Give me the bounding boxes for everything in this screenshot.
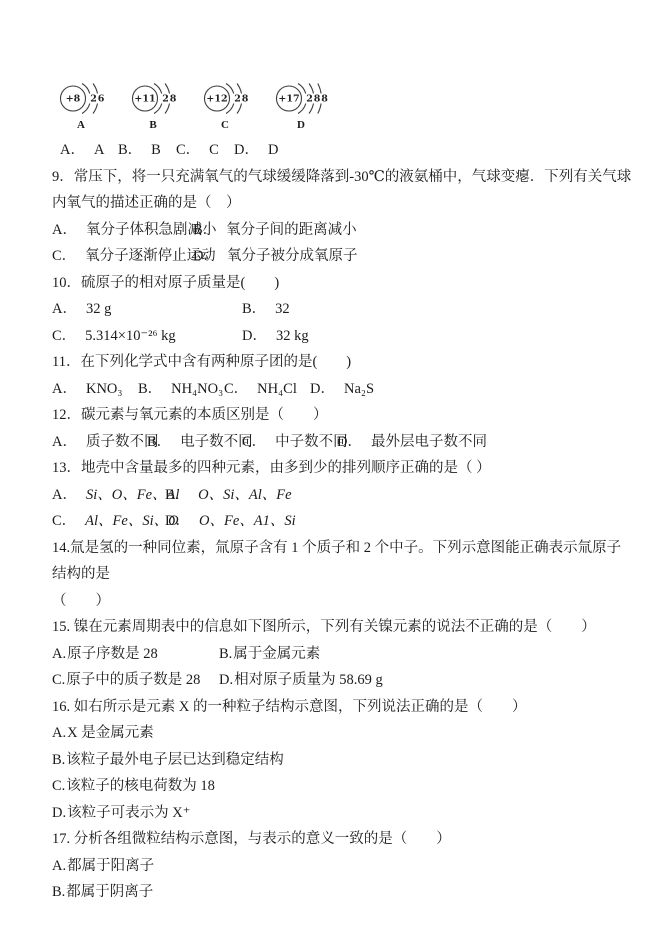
question-15-option-D: D.相对原子质量为 58.69 g	[219, 667, 383, 694]
option-letter: C．	[52, 513, 76, 529]
option-text: 氧分子间的距离减小	[226, 222, 357, 238]
option-letter: C．	[52, 248, 76, 264]
option-text: 最外层电子数不同	[371, 434, 487, 450]
question-11-option-C: C．NH₄Cl	[224, 376, 310, 403]
option-text: O、Fe、A1、Si	[199, 513, 296, 529]
question-15-stem: 15. 镍在元素周期表中的信息如下图所示，下列有关镍元素的说法不正确的是（ ）	[52, 614, 635, 641]
option-text: NH₄NO₃	[171, 381, 223, 397]
question-8-answers: A．AB．BC．CD．D	[60, 137, 635, 164]
question-9-option-row: C．氧分子逐渐停止运动D．氧分子被分成氧原子	[52, 243, 635, 270]
nucleus-charge: +12	[206, 94, 227, 105]
option-letter: A.	[52, 858, 66, 874]
option-letter: C．	[224, 381, 248, 397]
electron-shell-arc	[237, 84, 242, 94]
option-text: 5.314×10⁻²⁶ kg	[85, 328, 175, 344]
question-16-option-C: C.该粒子的核电荷数为 18	[52, 773, 215, 800]
question-11-stem: 11．在下列化学式中含有两种原子团的是( )	[52, 349, 635, 376]
option-letter: A．	[52, 381, 77, 397]
question-12-option-B: B．电子数不同	[147, 429, 242, 456]
question-12-option-row: A．质子数不同B．电子数不同C．中子数不同D．最外层电子数不同	[52, 429, 635, 456]
question-8-answers-option-B: B．B	[118, 137, 176, 164]
option-letter: D．	[234, 142, 259, 158]
option-letter: A．	[52, 487, 77, 503]
option-text: 都属于阳离子	[67, 858, 154, 874]
option-letter: A．	[52, 434, 77, 450]
atom-diagram-row: +826A+1128B+1228C+17288D	[56, 80, 635, 131]
question-9: 9．常压下，将一只充满氧气的气球缓缓降落到-30℃的液氨桶中，气球变瘪．下列有关…	[52, 164, 635, 270]
option-letter: B.	[52, 752, 65, 768]
question-11-option-D: D．Na₂S	[310, 376, 374, 403]
atom-diagram-D: +17288D	[272, 80, 330, 131]
option-letter: B．	[242, 301, 266, 317]
question-9-stem: 9．常压下，将一只充满氧气的气球缓缓降落到-30℃的液氨桶中，气球变瘪．下列有关…	[52, 164, 635, 217]
question-list: A．AB．BC．CD．D9．常压下，将一只充满氧气的气球缓缓降落到-30℃的液氨…	[52, 137, 635, 906]
question-9-option-row: A．氧分子体积急剧减小B．氧分子间的距离减小	[52, 217, 635, 244]
question-11-option-B: B．NH₄NO₃	[138, 376, 224, 403]
option-letter: B．	[147, 434, 171, 450]
option-letter: D．	[242, 328, 267, 344]
option-letter: D．	[193, 248, 218, 264]
question-15-option-B: B.属于金属元素	[219, 641, 320, 668]
question-13-stem: 13．地壳中含量最多的四种元素，由多到少的排列顺序正确的是（ ）	[52, 455, 635, 482]
atom-diagram-label: C	[221, 119, 229, 131]
question-11-option-A: A．KNO₃	[52, 376, 138, 403]
option-letter: D．	[337, 434, 362, 450]
option-letter: D.	[219, 672, 233, 688]
option-text: NH₄Cl	[257, 381, 297, 397]
question-17-option-A: A.都属于阳离子	[52, 853, 154, 880]
shell-electron-count: 6	[98, 94, 105, 105]
option-letter: A．	[52, 222, 77, 238]
question-17-option-row: B.都属于阴离子	[52, 879, 635, 906]
question-10-option-row: A．32 gB．32	[52, 296, 635, 323]
option-letter: A.	[52, 646, 66, 662]
option-text: D	[268, 142, 278, 158]
option-text: 32	[275, 301, 290, 317]
question-16-option-row: D.该粒子可表示为 X⁺	[52, 800, 635, 827]
atom-diagram-B: +1128B	[128, 80, 178, 131]
option-text: 都属于阴离子	[66, 884, 153, 900]
option-letter: B．	[118, 142, 142, 158]
electron-shell-arc	[318, 84, 321, 94]
question-8-answers-option-row: A．AB．BC．CD．D	[60, 137, 635, 164]
question-17: 17. 分析各组微粒结构示意图，与表示的意义一致的是（ ）A.都属于阳离子B.都…	[52, 826, 635, 906]
option-text: 该粒子最外电子层已达到稳定结构	[66, 752, 284, 768]
atom-structure-svg: +826	[56, 80, 106, 118]
option-letter: D．	[165, 513, 190, 529]
option-text: 相对原子质量为 58.69 g	[234, 672, 383, 688]
question-16-option-D: D.该粒子可表示为 X⁺	[52, 800, 190, 827]
question-13-option-row: A．Si、O、Fe、AlB．O、Si、Al、Fe	[52, 482, 635, 509]
option-letter: A.	[52, 725, 66, 741]
question-13-option-C: C．Al、Fe、Si、O	[52, 508, 165, 535]
atom-diagram-label: D	[297, 119, 305, 131]
question-8-answers-option-D: D．D	[234, 137, 278, 164]
atom-diagram-label: B	[149, 119, 156, 131]
question-10-option-B: B．32	[242, 296, 290, 323]
question-12-stem: 12．碳元素与氧元素的本质区别是（ ）	[52, 402, 635, 429]
question-16: 16. 如右所示是元素 X 的一种粒子结构示意图，下列说法正确的是（ ）A.X …	[52, 694, 635, 827]
nucleus-charge: +8	[66, 94, 81, 105]
option-text: Na₂S	[344, 381, 374, 397]
question-9-option-D: D．氧分子被分成氧原子	[193, 243, 357, 270]
electron-shell-arc	[93, 104, 98, 114]
question-15-option-row: C.原子中的质子数是 28D.相对原子质量为 58.69 g	[52, 667, 635, 694]
question-10-option-C: C．5.314×10⁻²⁶ kg	[52, 323, 242, 350]
option-text: X 是金属元素	[67, 725, 154, 741]
option-letter: B．	[138, 381, 162, 397]
question-16-option-B: B.该粒子最外电子层已达到稳定结构	[52, 747, 284, 774]
option-letter: C．	[176, 142, 200, 158]
question-10-option-A: A．32 g	[52, 296, 242, 323]
question-14-stem: 14.氚是氢的一种同位素，氚原子含有 1 个质子和 2 个中子。下列示意图能正确…	[52, 535, 635, 588]
question-12-option-C: C．中子数不同	[242, 429, 337, 456]
question-15-option-C: C.原子中的质子数是 28	[52, 667, 219, 694]
question-9-option-B: B．氧分子间的距离减小	[193, 217, 357, 244]
atom-diagram-label: A	[77, 119, 85, 131]
question-14: 14.氚是氢的一种同位素，氚原子含有 1 个质子和 2 个中子。下列示意图能正确…	[52, 535, 635, 615]
electron-shell-arc	[93, 84, 98, 94]
nucleus-charge: +11	[134, 94, 155, 105]
option-text: C	[209, 142, 219, 158]
option-letter: B．	[193, 222, 217, 238]
option-text: 原子中的质子数是 28	[66, 672, 200, 688]
question-15: 15. 镍在元素周期表中的信息如下图所示，下列有关镍元素的说法不正确的是（ ）A…	[52, 614, 635, 694]
option-text: A	[94, 142, 104, 158]
question-15-option-row: A.原子序数是 28B.属于金属元素	[52, 641, 635, 668]
question-11: 11．在下列化学式中含有两种原子团的是( )A．KNO₃B．NH₄NO₃C．NH…	[52, 349, 635, 402]
question-13: 13．地壳中含量最多的四种元素，由多到少的排列顺序正确的是（ ）A．Si、O、F…	[52, 455, 635, 535]
question-11-option-row: A．KNO₃B．NH₄NO₃C．NH₄ClD．Na₂S	[52, 376, 635, 403]
shell-electron-count: 8	[242, 94, 249, 105]
option-letter: D．	[310, 381, 335, 397]
document-page: +826A+1128B+1228C+17288D A．AB．BC．CD．D9．常…	[0, 0, 661, 906]
option-letter: A．	[52, 301, 77, 317]
option-text: 32 kg	[276, 328, 309, 344]
option-letter: C.	[52, 778, 65, 794]
question-16-option-A: A.X 是金属元素	[52, 720, 154, 747]
question-10-option-D: D．32 kg	[242, 323, 309, 350]
shell-electron-count: 8	[170, 94, 177, 105]
option-letter: A．	[60, 142, 85, 158]
option-text: 原子序数是 28	[67, 646, 158, 662]
option-letter: D.	[52, 805, 66, 821]
atom-structure-svg: +17288	[272, 80, 330, 118]
question-16-stem: 16. 如右所示是元素 X 的一种粒子结构示意图，下列说法正确的是（ ）	[52, 694, 635, 721]
question-17-option-B: B.都属于阴离子	[52, 879, 153, 906]
question-12: 12．碳元素与氧元素的本质区别是（ ）A．质子数不同B．电子数不同C．中子数不同…	[52, 402, 635, 455]
question-13-option-A: A．Si、O、Fe、Al	[52, 482, 165, 509]
electron-shell-arc	[309, 84, 314, 94]
shell-electron-count: 2	[234, 94, 241, 105]
question-12-option-A: A．质子数不同	[52, 429, 147, 456]
electron-shell-arc	[165, 84, 170, 94]
option-text: 氧分子被分成氧原子	[227, 248, 358, 264]
nucleus-charge: +17	[278, 94, 299, 105]
question-16-option-row: A.X 是金属元素	[52, 720, 635, 747]
atom-diagram-C: +1228C	[200, 80, 250, 131]
question-8-answers-option-C: C．C	[176, 137, 234, 164]
option-letter: B.	[219, 646, 232, 662]
question-14-stem-cont: （ ）	[52, 588, 635, 615]
option-text: 属于金属元素	[233, 646, 320, 662]
electron-shell-arc	[318, 104, 321, 114]
atom-structure-svg: +1128	[128, 80, 178, 118]
option-letter: C．	[52, 328, 76, 344]
atom-diagram-A: +826A	[56, 80, 106, 131]
question-12-option-D: D．最外层电子数不同	[337, 429, 487, 456]
option-letter: C.	[52, 672, 65, 688]
question-10-option-row: C．5.314×10⁻²⁶ kgD．32 kg	[52, 323, 635, 350]
question-10-stem: 10．硫原子的相对原子质量是( )	[52, 270, 635, 297]
option-letter: B.	[52, 884, 65, 900]
question-16-option-row: B.该粒子最外电子层已达到稳定结构	[52, 747, 635, 774]
question-13-option-D: D．O、Fe、A1、Si	[165, 508, 296, 535]
option-letter: B．	[165, 487, 189, 503]
question-17-stem: 17. 分析各组微粒结构示意图，与表示的意义一致的是（ ）	[52, 826, 635, 853]
question-9-option-A: A．氧分子体积急剧减小	[52, 217, 193, 244]
electron-shell-arc	[309, 104, 314, 114]
option-text: 32 g	[86, 301, 111, 317]
question-13-option-B: B．O、Si、Al、Fe	[165, 482, 292, 509]
question-9-option-C: C．氧分子逐渐停止运动	[52, 243, 193, 270]
shell-electron-count: 8	[321, 94, 328, 105]
option-text: O、Si、Al、Fe	[198, 487, 291, 503]
shell-electron-count: 2	[162, 94, 169, 105]
question-10: 10．硫原子的相对原子质量是( )A．32 gB．32C．5.314×10⁻²⁶…	[52, 270, 635, 350]
question-16-option-row: C.该粒子的核电荷数为 18	[52, 773, 635, 800]
option-text: KNO₃	[86, 381, 122, 397]
question-13-option-row: C．Al、Fe、Si、OD．O、Fe、A1、Si	[52, 508, 635, 535]
shell-electron-count: 2	[90, 94, 97, 105]
atom-structure-svg: +1228	[200, 80, 250, 118]
option-letter: C．	[242, 434, 266, 450]
question-8-answers-option-A: A．A	[60, 137, 118, 164]
option-text: B	[151, 142, 161, 158]
option-text: 该粒子的核电荷数为 18	[66, 778, 215, 794]
electron-shell-arc	[237, 104, 242, 114]
shell-electron-count: 8	[314, 94, 321, 105]
question-15-option-A: A.原子序数是 28	[52, 641, 219, 668]
electron-shell-arc	[165, 104, 170, 114]
question-17-option-row: A.都属于阳离子	[52, 853, 635, 880]
shell-electron-count: 2	[306, 94, 313, 105]
option-text: 该粒子可表示为 X⁺	[67, 805, 190, 821]
